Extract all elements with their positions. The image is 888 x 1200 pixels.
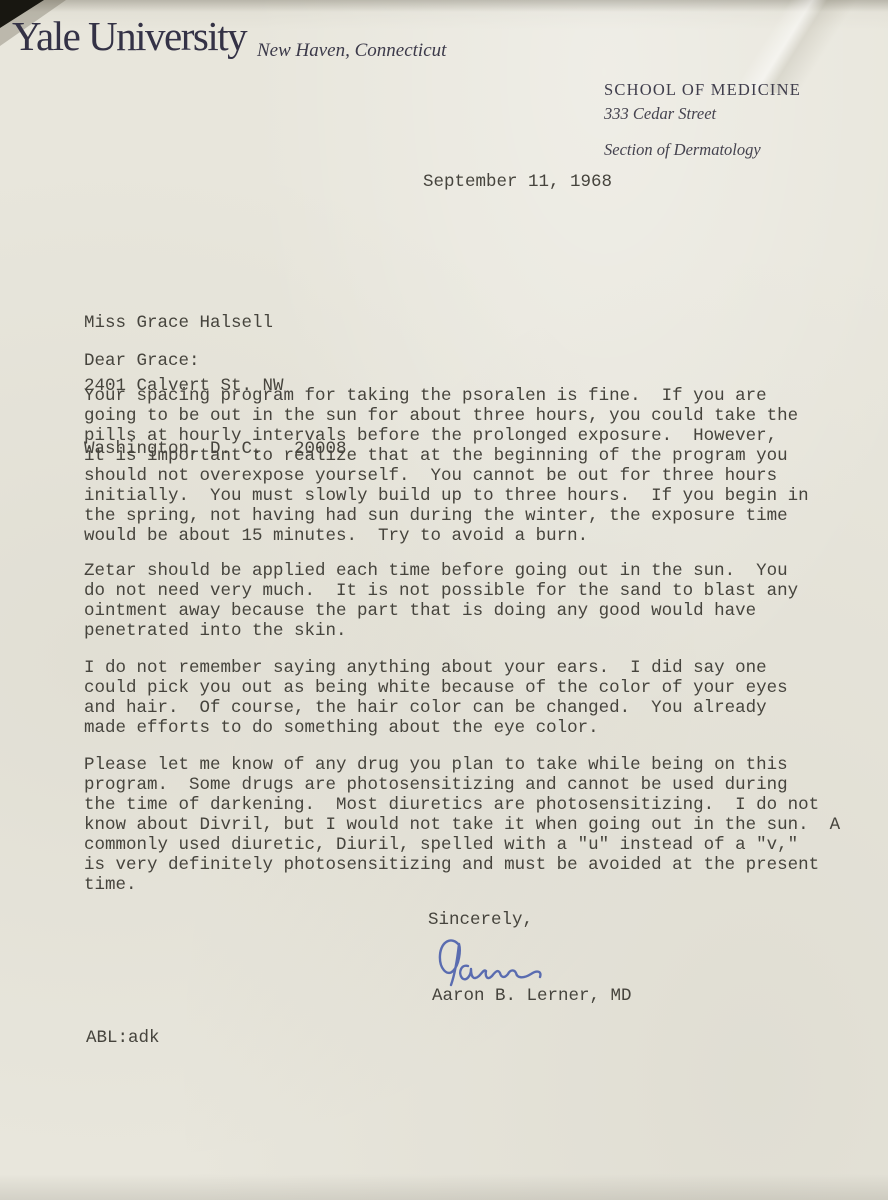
body-paragraph-1: Your spacing program for taking the psor… xyxy=(84,386,864,546)
signer-name: Aaron B. Lerner, MD xyxy=(432,986,632,1006)
letter-date: September 11, 1968 xyxy=(423,172,612,192)
letterhead-section: Section of Dermatology xyxy=(604,140,761,160)
letterhead-location: New Haven, Connecticut xyxy=(257,40,446,62)
letter-page: Yale University New Haven, Connecticut S… xyxy=(0,0,888,1200)
recipient-name: Miss Grace Halsell xyxy=(84,313,347,334)
body-paragraph-3: I do not remember saying anything about … xyxy=(84,658,864,738)
yale-university-logo: Yale University xyxy=(12,12,246,60)
salutation: Dear Grace: xyxy=(84,351,200,371)
scan-bottom-shadow xyxy=(0,1174,888,1200)
letterhead-street-address: 333 Cedar Street xyxy=(604,104,716,124)
valediction: Sincerely, xyxy=(428,910,533,930)
letterhead-school: SCHOOL OF MEDICINE xyxy=(604,80,801,100)
body-paragraph-2: Zetar should be applied each time before… xyxy=(84,561,864,641)
body-paragraph-4: Please let me know of any drug you plan … xyxy=(84,755,864,895)
typist-reference: ABL:adk xyxy=(86,1028,160,1048)
